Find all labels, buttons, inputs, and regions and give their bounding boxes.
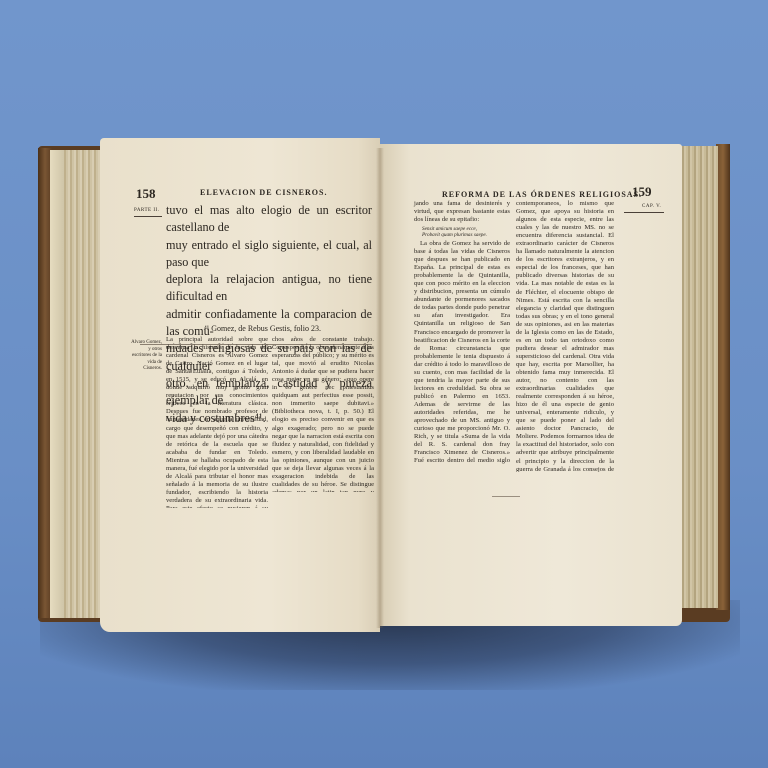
part-marker: PARTE II. [134, 208, 159, 213]
left-column-2: chos años de constante trabajo. Correspo… [272, 336, 374, 492]
margin-note: Alvaro Gomez, y otros escritores de la v… [128, 340, 162, 373]
verse-line: Probavit quam plurimas saepe. [422, 232, 487, 238]
book-gutter [376, 148, 384, 628]
chapter-marker: CAP. V. [642, 204, 661, 209]
right-column-1: La obra de Gomez ha servido de base á to… [414, 240, 510, 464]
left-page-number: 158 [136, 186, 156, 202]
quote-line: muy entrado el siglo siguiente, el cual,… [166, 237, 372, 272]
epitaph-verse: Sensit amicum saepe ecce, Probavit quam … [422, 226, 487, 238]
right-running-head: REFORMA DE LAS ÓRDENES RELIGIOSAS. [442, 190, 642, 199]
page-stack-left-highlight [50, 150, 64, 618]
quote-line: tuvo el mas alto elogio de un escritor c… [166, 202, 372, 237]
end-rule [492, 496, 520, 497]
footnote: ⁴¹ Gomez, de Rebus Gestis, folio 23. [204, 324, 321, 333]
left-column-1: La principal autoridad sobre que descans… [166, 336, 268, 508]
right-column-1-intro: jando una fama de desinterés y virtud, q… [414, 200, 510, 224]
quote-line: deplora la relajacion antigua, no tiene … [166, 271, 372, 306]
page-stack-right [680, 146, 718, 608]
right-column-2: contemporaneos, lo mismo que Gomez, que … [516, 200, 614, 472]
left-page: 158 ELEVACION DE CISNEROS. PARTE II. tuv… [100, 138, 380, 632]
part-marker-rule [134, 216, 162, 217]
chapter-marker-rule [624, 212, 664, 213]
right-page: REFORMA DE LAS ÓRDENES RELIGIOSAS. 159 C… [380, 144, 682, 626]
right-page-number: 159 [632, 184, 652, 200]
page-stack-left [50, 150, 106, 618]
cover-right-edge [716, 144, 730, 610]
left-running-head: ELEVACION DE CISNEROS. [200, 188, 327, 197]
